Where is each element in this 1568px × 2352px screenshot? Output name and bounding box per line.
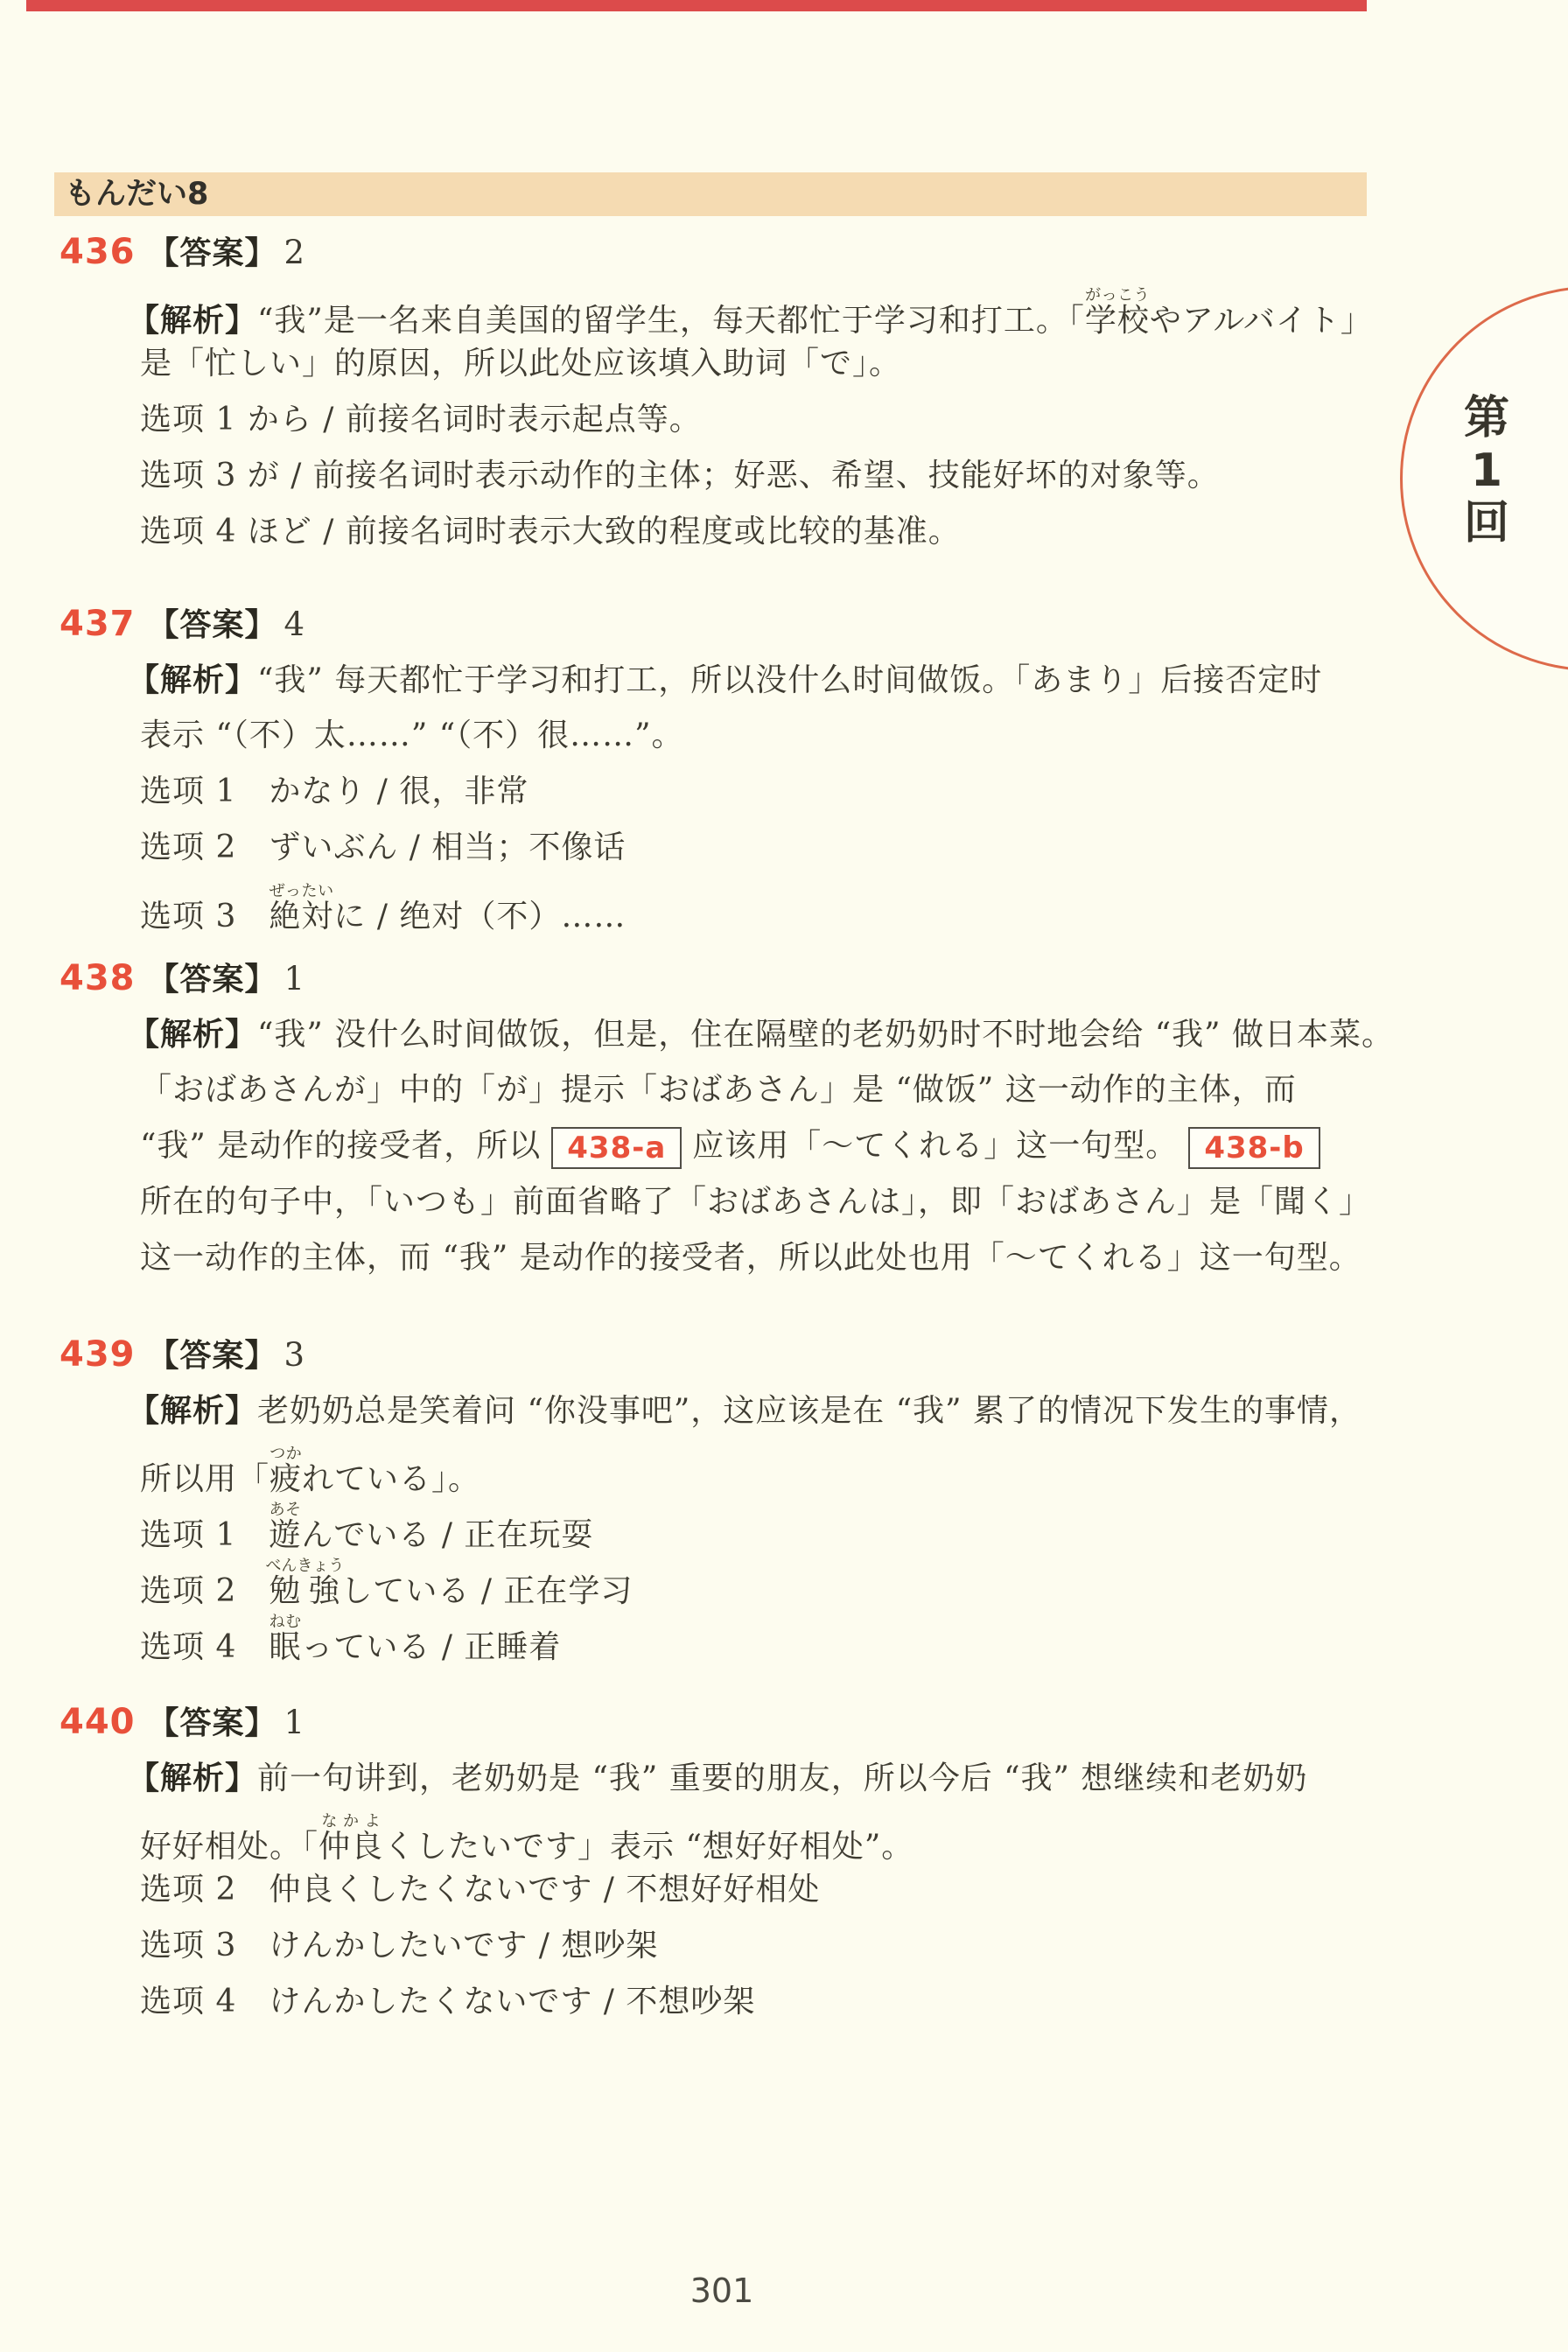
answer-value: 1: [284, 1704, 306, 1741]
ruby-run: 遊あそ: [269, 1517, 301, 1553]
text-run: “我” 每天都忙于学习和打工，所以没什么时间做饭。「あまり」后接否定时: [257, 662, 1322, 698]
round-badge-char-1: 第: [1456, 392, 1517, 444]
analysis-label: 【解析】: [128, 661, 257, 698]
text-run: “我” 是动作的接受者，所以: [140, 1128, 541, 1164]
text-run: 前一句讲到，老奶奶是 “我” 重要的朋友，所以今后 “我” 想继续和老奶奶: [257, 1760, 1307, 1796]
ruby-run: 仲良なかよ: [318, 1829, 383, 1865]
page-number: 301: [674, 2271, 770, 2310]
text-run: 选项 4: [140, 1629, 269, 1665]
answer-line: 440【答案】1: [59, 1700, 305, 1744]
text-run: くしたいです」表示 “想好好相处”。: [383, 1829, 913, 1865]
round-badge-char-3: 回: [1456, 497, 1517, 549]
answer-value: 1: [284, 960, 306, 997]
explanation-line: 【解析】“我” 每天都忙于学习和打工，所以没什么时间做饭。「あまり」后接否定时: [128, 658, 1322, 702]
analysis-label: 【解析】: [128, 302, 257, 339]
text-run: 所以用「: [140, 1461, 269, 1497]
answer-line: 437【答案】4: [59, 602, 305, 646]
explanation-line: 选项 1 遊あそんでいる / 正在玩耍: [140, 1501, 593, 1544]
round-badge-label: 第 1 回: [1456, 392, 1517, 549]
ruby-run: 勉強べんきょう: [269, 1573, 340, 1609]
round-badge-char-2: 1: [1456, 444, 1517, 497]
item-number: 440: [59, 1702, 136, 1742]
text-run: 选项 2 仲良くしたくないです / 不想好好相处: [140, 1872, 820, 1907]
text-run: 应该用「～てくれる」这一句型。: [692, 1128, 1178, 1164]
explanation-line: 选项 2 勉強べんきょうしている / 正在学习: [140, 1557, 633, 1600]
ruby-run: 学校がっこう: [1085, 303, 1150, 339]
answer-label: 【答案】: [148, 234, 277, 271]
explanation-line: 是「忙しい」的原因，所以此处应该填入助词「で」。: [140, 342, 901, 386]
text-run: んでいる / 正在玩耍: [301, 1517, 593, 1553]
answer-value: 4: [284, 605, 306, 643]
text-run: 所在的句子中，「いつも」前面省略了「おばあさんは」，即「おばあさん」是「聞く」: [140, 1184, 1371, 1220]
explanation-line: 选项 1 かなり / 很，非常: [140, 770, 528, 814]
explanation-line: “我” 是动作的接受者，所以438-a应该用「～てくれる」这一句型。438-b: [140, 1124, 1331, 1168]
item-number: 438: [59, 958, 136, 998]
answer-value: 2: [284, 234, 306, 271]
answer-line: 439【答案】3: [59, 1333, 305, 1376]
explanation-line: 选项 4 眠ねむっている / 正睡着: [140, 1613, 561, 1656]
answer-label: 【答案】: [148, 1337, 277, 1374]
explanation-line: 选项 3 絶対ぜったいに / 绝对（不）……: [140, 882, 626, 926]
ruby-run: 眠ねむ: [269, 1629, 301, 1665]
item-number: 437: [59, 604, 136, 644]
answer-line: 438【答案】1: [59, 956, 305, 1000]
explanation-line: 所在的句子中，「いつも」前面省略了「おばあさんは」，即「おばあさん」是「聞く」: [140, 1180, 1371, 1224]
answer-line: 436【答案】2: [59, 230, 305, 274]
text-run: 选项 3 が / 前接名词时表示动作的主体；好恶、希望、技能好坏的对象等。: [140, 458, 1220, 493]
text-run: 表示 “（不）太……” “（不）很……”。: [140, 717, 684, 753]
answer-label: 【答案】: [148, 1704, 277, 1741]
text-run: している / 正在学习: [340, 1573, 633, 1609]
text-run: 选项 1 から / 前接名词时表示起点等。: [140, 402, 702, 437]
text-run: 好好相处。「: [140, 1829, 318, 1865]
text-run: “我”是一名来自美国的留学生，每天都忙于学习和打工。「: [257, 303, 1085, 339]
explanation-line: 选项 3 けんかしたいです / 想吵架: [140, 1924, 658, 1968]
analysis-label: 【解析】: [128, 1392, 257, 1429]
text-run: 这一动作的主体，而 “我” 是动作的接受者，所以此处也用「～てくれる」这一句型。: [140, 1240, 1361, 1276]
text-run: 选项 4 ほど / 前接名词时表示大致的程度或比较的基准。: [140, 514, 961, 549]
explanation-line: 选项 1 から / 前接名词时表示起点等。: [140, 398, 702, 442]
text-run: やアルバイト」: [1150, 303, 1373, 339]
explanation-line: 表示 “（不）太……” “（不）很……”。: [140, 714, 684, 758]
answer-sections: 436【答案】2【解析】“我”是一名来自美国的留学生，每天都忙于学习和打工。「学…: [0, 0, 1568, 2352]
blank-box-438-b: 438-b: [1188, 1127, 1319, 1169]
analysis-label: 【解析】: [128, 1760, 257, 1796]
explanation-line: 好好相处。「仲良なかよくしたいです」表示 “想好好相处”。: [140, 1812, 913, 1856]
explanation-line: 选项 4 けんかしたくないです / 不想吵架: [140, 1980, 755, 2024]
explanation-line: 【解析】前一句讲到，老奶奶是 “我” 重要的朋友，所以今后 “我” 想继续和老奶…: [128, 1756, 1307, 1800]
explanation-line: 这一动作的主体，而 “我” 是动作的接受者，所以此处也用「～てくれる」这一句型。: [140, 1236, 1361, 1280]
answer-value: 3: [284, 1336, 306, 1374]
text-run: 选项 2 ずいぶん / 相当；不像话: [140, 829, 626, 865]
item-number: 436: [59, 232, 136, 272]
analysis-label: 【解析】: [128, 1016, 257, 1053]
text-run: っている / 正睡着: [301, 1629, 561, 1665]
explanation-line: 选项 4 ほど / 前接名词时表示大致的程度或比较的基准。: [140, 510, 961, 554]
blank-box-438-a: 438-a: [551, 1127, 682, 1169]
text-run: れている」。: [302, 1461, 480, 1497]
text-run: “我” 没什么时间做饭，但是，住在隔壁的老奶奶时不时地会给 “我” 做日本菜。: [257, 1017, 1394, 1053]
explanation-line: 所以用「疲つかれている」。: [140, 1445, 480, 1488]
answer-label: 【答案】: [148, 606, 277, 643]
explanation-line: 【解析】“我”是一名来自美国的留学生，每天都忙于学习和打工。「学校がっこうやアル…: [128, 286, 1373, 330]
text-run: 选项 3: [140, 899, 269, 934]
explanation-line: 【解析】老奶奶总是笑着问 “你没事吧”，这应该是在 “我” 累了的情况下发生的事…: [128, 1389, 1361, 1432]
explanation-line: 【解析】“我” 没什么时间做饭，但是，住在隔壁的老奶奶时不时地会给 “我” 做日…: [128, 1012, 1394, 1056]
text-run: 选项 1: [140, 1517, 269, 1553]
text-run: 「おばあさんが」中的「が」提示「おばあさん」是 “做饭” 这一动作的主体，而: [140, 1072, 1297, 1108]
explanation-line: 选项 2 仲良くしたくないです / 不想好好相处: [140, 1868, 820, 1912]
explanation-line: 选项 2 ずいぶん / 相当；不像话: [140, 826, 626, 870]
text-run: に / 绝对（不）……: [333, 899, 626, 934]
item-number: 439: [59, 1334, 136, 1375]
ruby-run: 絶対ぜったい: [269, 899, 333, 934]
explanation-line: 选项 3 が / 前接名词时表示动作的主体；好恶、希望、技能好坏的对象等。: [140, 454, 1220, 498]
answer-label: 【答案】: [148, 961, 277, 997]
explanation-line: 「おばあさんが」中的「が」提示「おばあさん」是 “做饭” 这一动作的主体，而: [140, 1068, 1297, 1112]
ruby-run: 疲つか: [269, 1461, 302, 1497]
text-run: 选项 1 かなり / 很，非常: [140, 773, 528, 809]
text-run: 选项 3 けんかしたいです / 想吵架: [140, 1928, 658, 1963]
text-run: 老奶奶总是笑着问 “你没事吧”，这应该是在 “我” 累了的情况下发生的事情，: [257, 1393, 1361, 1429]
text-run: 是「忙しい」的原因，所以此处应该填入助词「で」。: [140, 346, 901, 381]
text-run: 选项 2: [140, 1573, 269, 1609]
text-run: 选项 4 けんかしたくないです / 不想吵架: [140, 1984, 755, 2019]
